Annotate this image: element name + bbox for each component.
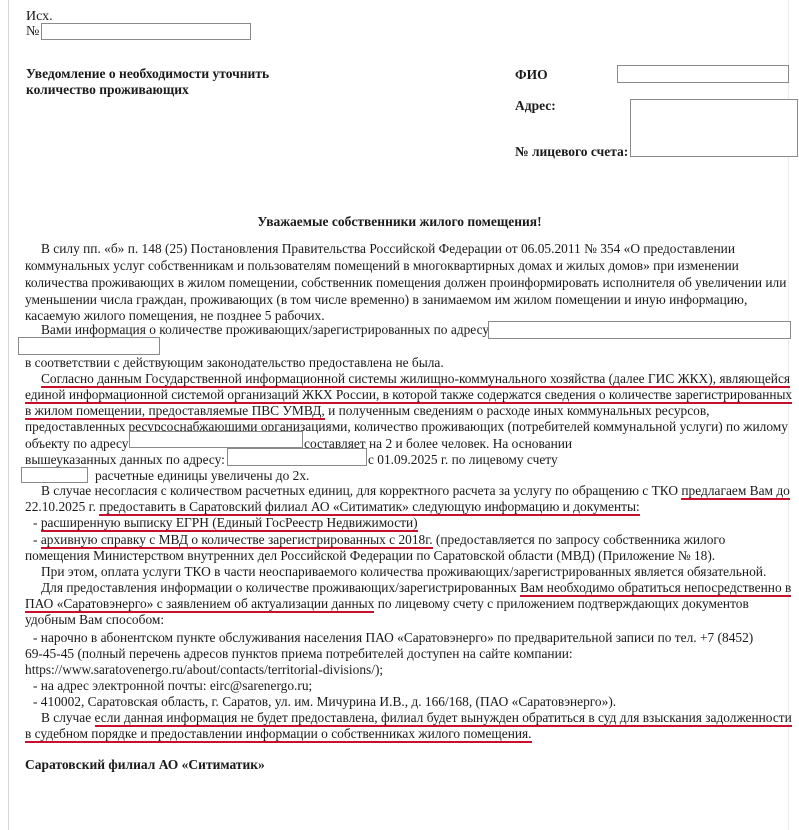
address-account-field[interactable] [630,99,798,157]
p6-line3: удобным Вам способом: [25,612,164,628]
account-label: № лицевого счета: [515,144,628,160]
p6-line1-text: Для предоставления информации о количест… [41,580,520,595]
p3-line6a: вышеуказанных данных по адресу: [25,452,225,468]
p2-address-field-cont[interactable] [18,337,160,355]
p1-line3: количества проживающих в жилом помещении… [25,275,786,291]
p4-line2-underlined: предоставить в Саратовский филиал АО «Си… [99,499,639,516]
method-postal: - 410002, Саратовская область, г. Сарато… [33,694,616,710]
p2-line1: Вами информация о количестве проживающих… [41,322,493,338]
p6-line1: Для предоставления информации о количест… [41,580,791,596]
object-address-field[interactable] [129,431,303,448]
p4-line2: 22.10.2025 г. предоставить в Саратовский… [25,499,640,515]
p7-line2-underlined: в судебном порядке и предоставлении инфо… [25,726,532,743]
p4-item1-prefix: - [33,515,41,530]
method-in-person-cont: 69-45-45 (полный перечень адресов пункто… [25,646,573,662]
p3-line3: в жилом помещении, предоставляемые ПВС У… [25,403,710,419]
address-label: Адрес: [515,98,556,114]
p3-line7: расчетные единицы увеличены до 2х. [95,468,309,484]
fio-label: ФИО [515,67,548,83]
p7-line2: в судебном порядке и предоставлении инфо… [25,726,532,742]
p1-line4: уменьшении числа граждан, проживающих (в… [25,292,747,308]
p3-line6b: с 01.09.2025 г. по лицевому счету [368,452,558,468]
p6-line1-underlined: Вам необходимо обратиться непосредственн… [520,580,791,597]
p6-line2-rest: по лицевому счету с приложением подтверж… [374,596,748,611]
p5: При этом, оплата услуги ТКО в части неос… [41,564,766,580]
p6-line2: ПАО «Саратовэнерго» с заявлением об акту… [25,596,749,612]
p4-item1: - расширенную выписку ЕГРН (Единый ГосРе… [33,515,418,531]
p4-line1-text: В случае несогласия с количеством расчет… [41,483,681,498]
p3-line3-underlined: в жилом помещении, предоставляемые ПВС У… [25,403,325,420]
website-link[interactable]: https://www.saratovenergo.ru/about/conta… [25,662,383,678]
method-email[interactable]: - на адрес электронной почты: eirc@saren… [33,678,312,694]
p2-address-field[interactable] [488,321,791,339]
p3-line2-underlined: единой информационной системой организац… [25,387,792,404]
greeting: Уважаемые собственники жилого помещения! [0,214,799,230]
p7-line1: В случае если данная информация не будет… [41,710,792,726]
scan-edge-left [8,0,9,830]
p4-item2-line2: помещения Министерством внутренних дел Р… [25,548,715,564]
p4-line2-date: 22.10.2025 г. [25,499,99,514]
p7-line1-underlined: если данная информация не будет предоста… [95,710,792,727]
p1-line1: В силу пп. «б» п. 148 (25) Постановления… [41,241,735,257]
above-address-field[interactable] [227,448,367,466]
p6-line2-underlined: ПАО «Саратовэнерго» с заявлением об акту… [25,596,374,613]
p3-line1: Согласно данным Государственной информац… [41,371,790,387]
p3-line1-underlined: Согласно данным Государственной информац… [41,371,790,388]
notice-title-line1: Уведомление о необходимости уточнить [26,66,269,82]
p7-line1-text: В случае [41,710,95,725]
account-number-field[interactable] [21,467,88,483]
notice-title-line2: количество проживающих [26,82,189,98]
p4-item2-prefix: - [33,532,41,547]
signature: Саратовский филиал АО «Ситиматик» [25,757,265,773]
p4-item1-underlined: расширенную выписку ЕГРН (Единый ГосРеес… [41,515,418,532]
fio-field[interactable] [617,65,789,83]
number-sign: № [26,24,39,40]
p4-line1-underlined: предлагаем Вам до [681,483,789,500]
method-in-person: - нарочно в абонентском пункте обслужива… [33,630,753,646]
p2-line2: в соответствии с действующим законодател… [25,355,444,371]
p4-item2-underlined: архивную справку с МВД о количестве заре… [41,532,433,549]
p1-line2: коммунальных услуг собственникам и польз… [25,258,739,274]
p4-item2: - архивную справку с МВД о количестве за… [33,532,725,548]
p3-line3-rest: и полученным сведениям о расходе иных ко… [325,403,710,418]
p3-line5a: объекту по адресу: [25,436,132,452]
p4-line1: В случае несогласия с количеством расчет… [41,483,790,499]
p3-line2: единой информационной системой организац… [25,387,792,403]
outgoing-number-field[interactable] [41,23,251,40]
p4-item2-rest: (предоставляется по запросу собственника… [433,532,726,547]
